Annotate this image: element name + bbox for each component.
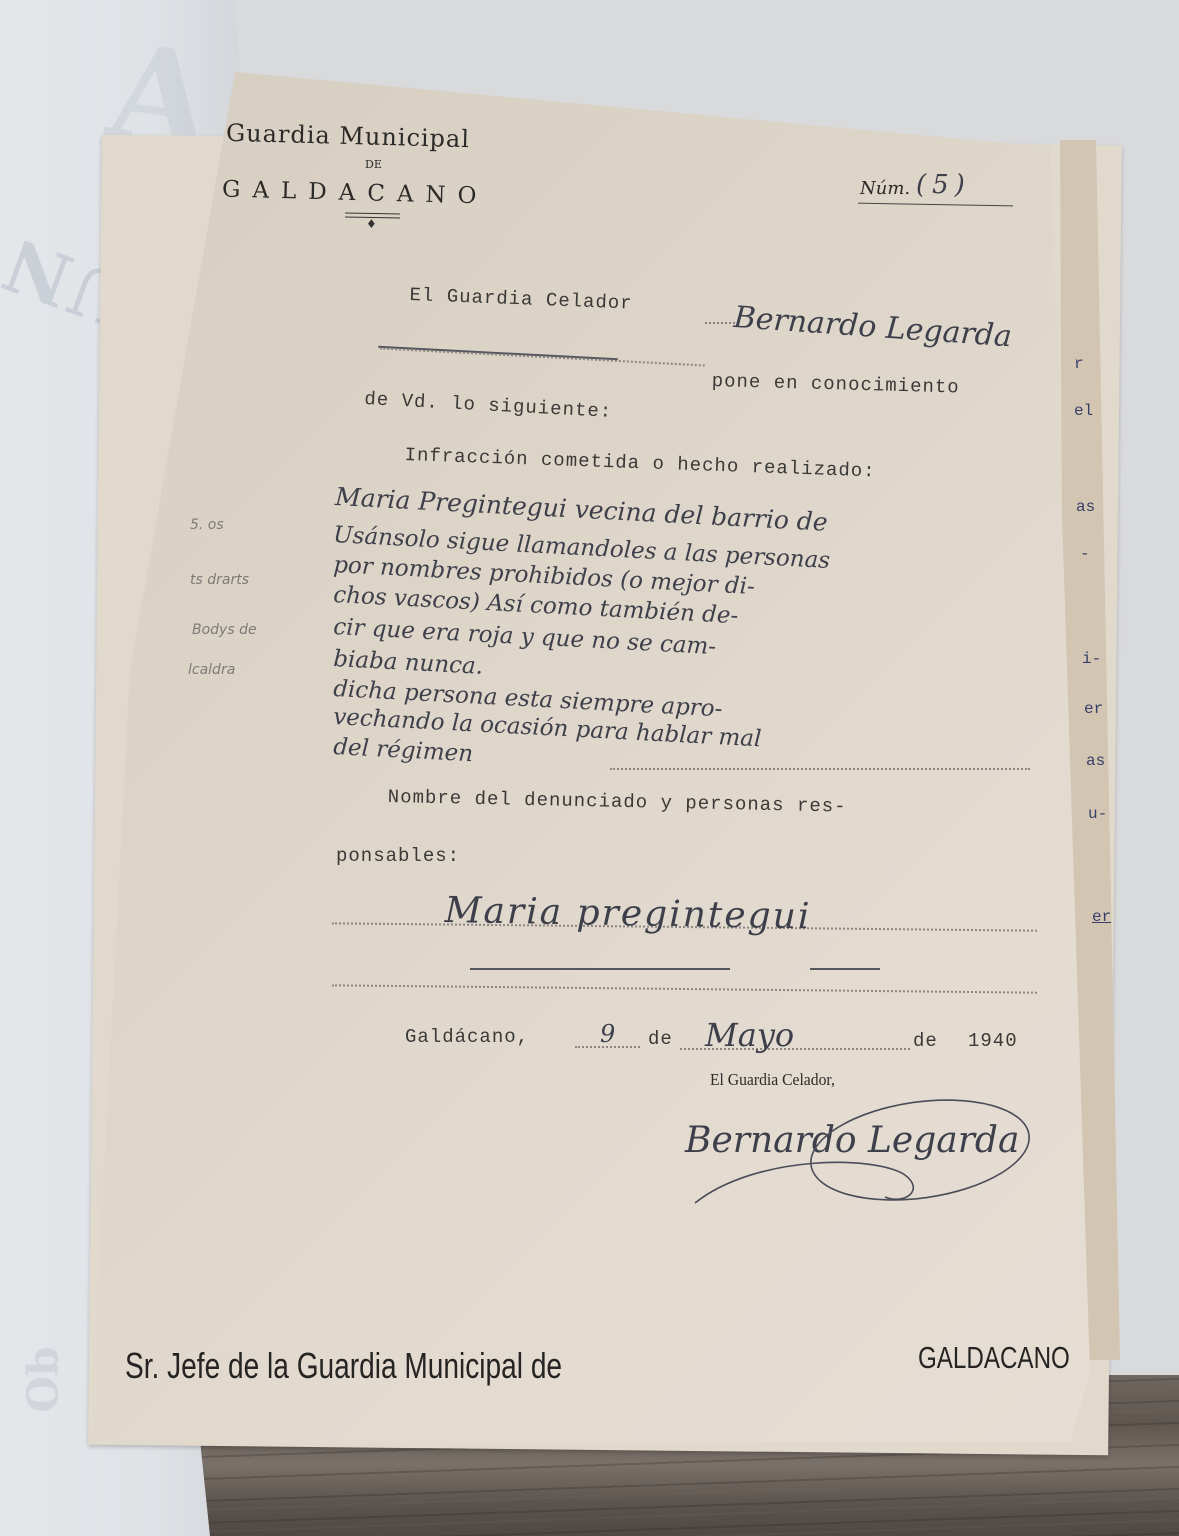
number-label: Núm.	[860, 178, 910, 199]
strip-fragment: er	[1092, 908, 1111, 926]
date-de-1: de	[648, 1028, 673, 1050]
date-month: Mayo	[705, 1016, 794, 1054]
addressee-text: Sr. Jefe de la Guardia Municipal de	[125, 1345, 562, 1387]
strip-fragment: i-	[1082, 650, 1101, 668]
strip-fragment: u-	[1088, 805, 1107, 823]
denunciado-name: Maria pregintegui	[444, 890, 811, 937]
margin-note-line: lcaldra	[188, 655, 235, 685]
strip-fragment: er	[1084, 700, 1103, 718]
police-report-form	[90, 72, 1090, 1442]
strip-fragment: r	[1074, 355, 1084, 373]
strip-fragment: as	[1086, 752, 1105, 770]
denunciado-underline-stroke-2	[810, 968, 880, 970]
date-de-2: de	[913, 1030, 938, 1052]
date-day: 9	[600, 1020, 615, 1048]
margin-note-line: ts drarts	[190, 565, 249, 595]
strip-fragment: el	[1074, 402, 1093, 420]
number-value: (5)	[916, 170, 971, 200]
infraccion-dotted-end	[610, 768, 1030, 770]
date-place: Galdácano,	[405, 1026, 529, 1048]
denunciado-label-line2: ponsables:	[336, 845, 460, 867]
strip-fragment: -	[1080, 545, 1090, 563]
margin-note-line: 5. os	[190, 510, 224, 540]
cover-faint-bottom: Ob	[18, 1347, 67, 1413]
margin-note-line: Bodys de	[192, 615, 257, 645]
addressee-town: GALDACANO	[918, 1340, 1070, 1376]
header-de: DE	[365, 158, 382, 171]
date-year: 1940	[968, 1030, 1018, 1052]
celador-dotted-line	[705, 322, 735, 324]
signature-flourish-icon	[675, 1085, 1075, 1215]
denunciado-underline-stroke	[470, 968, 730, 970]
strip-fragment: as	[1076, 498, 1095, 516]
header-ornament-icon: ♦	[366, 217, 377, 231]
